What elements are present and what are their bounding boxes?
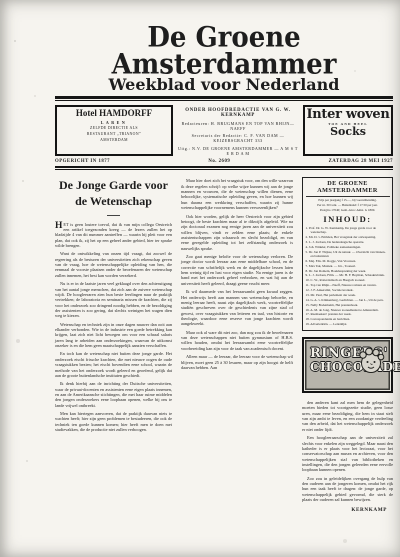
- contents-list: 1. Prof. Dr. G. W. Kernkamp, De jonge ga…: [306, 226, 390, 327]
- hotel-city: LAREN: [58, 120, 170, 125]
- column-3: DE GROENE AMSTERDAMMER Prijs per jaargan…: [302, 177, 393, 512]
- article-paragraph: Zoo zou in geleidelijken overgang de hul…: [302, 476, 393, 503]
- article-paragraph: Ik denk hierbij aan de inrichting der Du…: [55, 381, 172, 408]
- column-1-body: Want de ontwikkeling van onzen tijd vraa…: [55, 251, 172, 432]
- masthead-title: De Groene Amsterdammer: [55, 25, 393, 78]
- article-paragraph: Ook hier worden, gelijk de heer Oestreic…: [181, 214, 293, 252]
- child-face-illustration: [356, 343, 386, 379]
- contents-box-title: DE GROENE AMSTERDAMMER: [306, 180, 390, 197]
- author-signature: KERNKAMP: [302, 507, 393, 513]
- editor-in-chief-line: ONDER HOOFDREDACTIE VAN G. W. KERNKAMP: [178, 108, 298, 118]
- contents-item: 3. L. J. Jordaan, De hedendaagsche opere…: [306, 240, 390, 244]
- article-paragraph: Zoo gaat menige belofte voor de wetensch…: [181, 254, 293, 286]
- publisher-line: Uitg.: N.V. DE GROENE AMSTERDAMMER — A M…: [178, 146, 298, 156]
- column-1: De Jonge Garde voorde Wetenschap HET is …: [55, 177, 172, 512]
- socks-brand-line: Inter woven: [306, 108, 390, 121]
- article-lead-paragraph: HET is geen loutere toeval, dat ik van m…: [55, 222, 172, 249]
- issue-number: No. 2609: [208, 159, 230, 164]
- column-3-body: den anderen kant zal men hem de gelegenh…: [302, 400, 393, 502]
- contents-item: 19. Advertentiën. — Ledenlijst.: [306, 322, 390, 326]
- contents-item: 13. Mr. Paul, Het parlement der week.: [306, 293, 390, 297]
- hotel-line5: AMSTERDAM: [58, 138, 170, 143]
- contents-item: 1. Prof. Dr. G. W. Kernkamp, De jonge ga…: [306, 226, 390, 235]
- article-paragraph: Maar ook al ware dit niet zoo, dan nog z…: [181, 330, 293, 351]
- article-paragraph: Nu is er in de laatste jaren veel geklaa…: [55, 281, 172, 319]
- contents-item: 11. Top van Rhijn—Naeff, Nieuwe romans e…: [306, 283, 390, 287]
- contents-item: 2. Mr. D. v. Embden, Het vraagstuk der o…: [306, 235, 390, 239]
- contents-item: 7. Max Tak, Muziek. — Jrn., Tooneel.: [306, 264, 390, 268]
- scan-noise: [14, 40, 16, 42]
- subscription-info: Prijs per jaargang f 15.—, bij vooruitbe…: [306, 198, 390, 212]
- hotel-name: Hotel HAMDORFF: [58, 109, 170, 119]
- editorial-info: ONDER HOOFDREDACTIE VAN G. W. KERNKAMP R…: [178, 105, 298, 156]
- contents-item: 4. Joh. Winkler, Politieke aanteekeninge…: [306, 245, 390, 249]
- article-paragraph: Ik wil daarmede van het leeraarsambt gee…: [181, 289, 293, 327]
- contents-item: 9. L. J. Jordaan, Film. — Mr. H. F. Heym…: [306, 273, 390, 277]
- article-paragraph: Men kan hiertegen aanvoeren, dat de prak…: [55, 411, 172, 432]
- hotel-line4: RESTAURANT „TRIANON”: [58, 132, 170, 137]
- article-paragraph: den anderen kant zal men hem de gelegenh…: [302, 400, 393, 432]
- founded-label: OPGERICHT IN 1877: [55, 159, 110, 164]
- contents-item: 18. Correspondentie en berichten.: [306, 317, 390, 321]
- subscription-info-line: Per nr. 30 Cent. — Buitenland: f 17.50 p…: [306, 203, 390, 207]
- contents-item: 6. Mej. Elis. M. Rogge, Van Vrouwen.: [306, 259, 390, 263]
- contents-item: 8. Dr. Jan Romein, Boekbespreking der we…: [306, 269, 390, 273]
- article-paragraph: Alleen maar — de leeraar, die leeraar vo…: [181, 354, 293, 370]
- secretary-line: Secretaris der Redactie: C. F. VAN DAM —…: [178, 133, 298, 143]
- article-paragraph: Wetenschap en techniek zijn in onze dage…: [55, 322, 172, 349]
- subscription-info-line: Postgiro 17040; Gem.-Giro: Amst. G 1800.: [306, 208, 390, 212]
- contents-item: 16. A. M. de Jong, Nieuwe tooneelkunst t…: [306, 308, 390, 312]
- article-columns: De Jonge Garde voorde Wetenschap HET is …: [55, 177, 393, 512]
- contents-item: 14. G. A. v. Klinkenberg, Gedichten. — J…: [306, 298, 390, 302]
- contents-item: 12. J. F. Ankersmit, Sociale kroniek.: [306, 288, 390, 292]
- dateline: OPGERICHT IN 1877 No. 2609 ZATERDAG 28 M…: [55, 159, 393, 164]
- article-title: De Jonge Garde voorde Wetenschap: [55, 178, 172, 209]
- issue-date: ZATERDAG 28 MEI 1927: [329, 159, 393, 164]
- contents-item: 15. Nelly Bodenheim, Het prentenboek.: [306, 303, 390, 307]
- column-2-body: Maar hier doet zich het vraagstuk voor, …: [181, 178, 293, 370]
- contents-item: 17. Raemaekers' prenten der week.: [306, 312, 390, 316]
- masthead-rule: [55, 96, 393, 99]
- editors-line: Redacteuren: H. BRUGMANS EN TOP VAN RHIJ…: [178, 121, 298, 131]
- article-paragraph: Maar hier doet zich het vraagstuk voor, …: [181, 178, 293, 210]
- newspaper-page: De Groene Amsterdammer Weekblad voor Ned…: [0, 0, 400, 557]
- dateline-rule-thin: [55, 169, 393, 170]
- dateline-rule: [55, 166, 393, 169]
- masthead-rule-thin: [55, 100, 393, 101]
- article-paragraph: Want de ontwikkeling van onzen tijd vraa…: [55, 251, 172, 278]
- column-2: Maar hier doet zich het vraagstuk voor, …: [181, 177, 293, 512]
- article-paragraph: En toch kan de wetenschap niet buiten de…: [55, 351, 172, 378]
- contents-heading: INHOUD:: [306, 214, 390, 224]
- subscription-info-line: Prijs per jaargang f 15.—, bij vooruitbe…: [306, 198, 390, 202]
- contents-item: 10. C. W., Rotterdamsch en Haagsch toone…: [306, 278, 390, 282]
- hotel-hamdorff-ad: Hotel HAMDORFF LAREN ZELFDE DIRECTIE ALS…: [55, 105, 173, 156]
- contents-item: 5. Dr. Jan P. Thijsse, Uit de natuur. — …: [306, 250, 390, 259]
- interwoven-socks-ad: Inter woven TOE AND HEEL Socks: [303, 105, 393, 156]
- header-strip: Hotel HAMDORFF LAREN ZELFDE DIRECTIE ALS…: [55, 105, 393, 156]
- title-divider: [107, 215, 120, 216]
- contents-box: DE GROENE AMSTERDAMMER Prijs per jaargan…: [302, 177, 393, 331]
- article-paragraph: Een hoogleeraarschap aan de universiteit…: [302, 435, 393, 473]
- hotel-line3: ZELFDE DIRECTIE ALS: [58, 126, 170, 131]
- socks-product-line: Socks: [306, 126, 390, 137]
- ringers-chocolade-ad: RINGERS' CHOCOLADE: [302, 337, 393, 393]
